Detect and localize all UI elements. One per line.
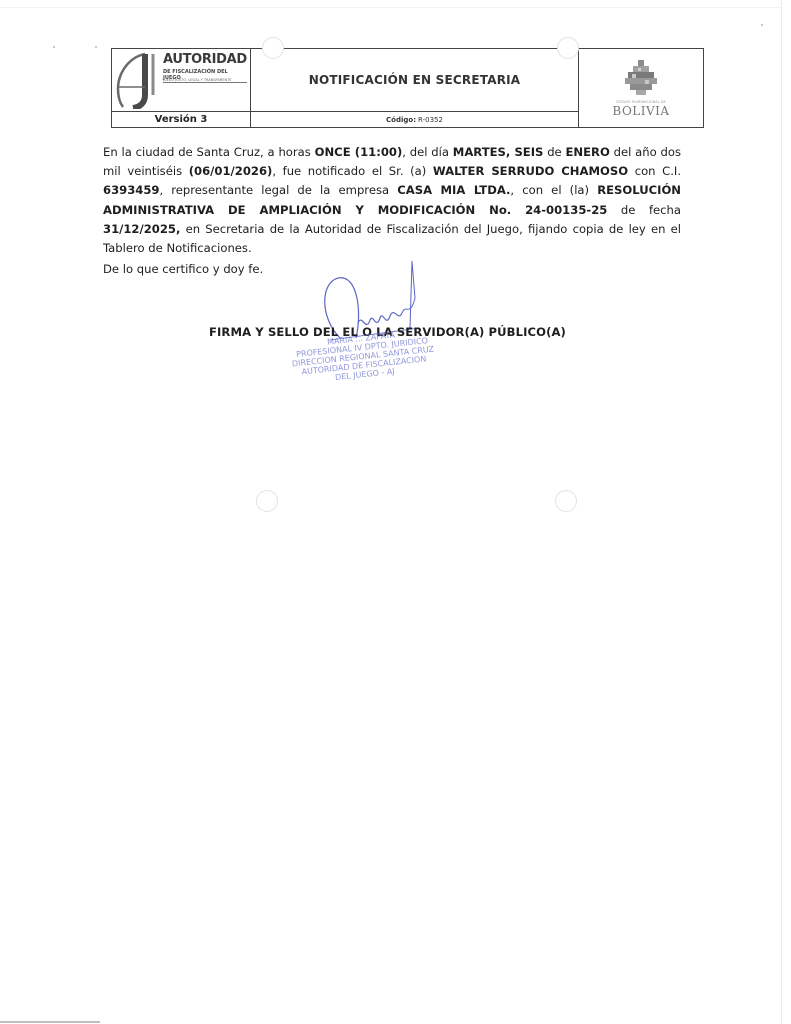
scan-edge-right [781,0,782,1024]
month: ENERO [566,145,610,159]
body-text: , con el (la) [510,183,597,197]
resolution-date: 31/12/2025, [103,222,180,236]
version-label: Versión 3 [155,114,208,125]
notification-body: En la ciudad de Santa Cruz, a horas ONCE… [103,143,681,258]
body-text: de [543,145,565,159]
scan-dot [53,46,55,48]
scan-edge-bottom [0,1021,100,1023]
body-text: en Secretaria de la Autoridad de Fiscali… [103,222,681,255]
day: MARTES, SEIS [453,145,544,159]
body-text: En la ciudad de Santa Cruz, a horas [103,145,315,159]
scan-dot [761,24,763,26]
scan-dot [95,46,97,48]
certification-text: De lo que certifico y doy fe. [103,262,263,276]
person-name: WALTER SERRUDO CHAMOSO [433,164,628,178]
version-cell: Versión 3 [112,112,251,127]
code-cell: Código: R-0352 [251,112,579,127]
company-name: CASA MIA LTDA. [397,183,510,197]
body-text: de fecha [607,203,681,217]
code-value: R-0352 [418,116,443,124]
punch-hole [256,490,278,512]
state-emblem-cell: ESTADO PLURINACIONAL DE BOLIVIA [579,49,703,127]
logo-tagline: JUEGO JUSTO, LEGAL Y TRANSPARENTE [163,78,231,82]
logo-name: AUTORIDAD [163,52,247,67]
bolivia-emblem-icon [621,58,661,98]
aj-logo-icon [115,51,157,109]
document-title: NOTIFICACIÓN EN SECRETARIA [309,73,521,87]
punch-hole [262,37,284,59]
punch-hole [555,490,577,512]
body-text: , del día [402,145,453,159]
scan-edge-top [0,7,781,8]
body-text: , representante legal de la empresa [159,183,397,197]
body-text: , fue notificado el Sr. (a) [272,164,433,178]
code-label: Código: [386,116,416,124]
id-number: 6393459 [103,183,159,197]
emblem-country: BOLIVIA [612,104,669,118]
punch-hole [557,37,579,59]
logo-cell: AUTORIDAD DE FISCALIZACIÓN DEL JUEGO JUE… [112,49,251,112]
hour: ONCE (11:00) [315,145,403,159]
document-header: AUTORIDAD DE FISCALIZACIÓN DEL JUEGO JUE… [111,48,704,128]
body-text: con C.I. [628,164,681,178]
title-cell: NOTIFICACIÓN EN SECRETARIA [251,49,579,112]
date: (06/01/2026) [189,164,273,178]
